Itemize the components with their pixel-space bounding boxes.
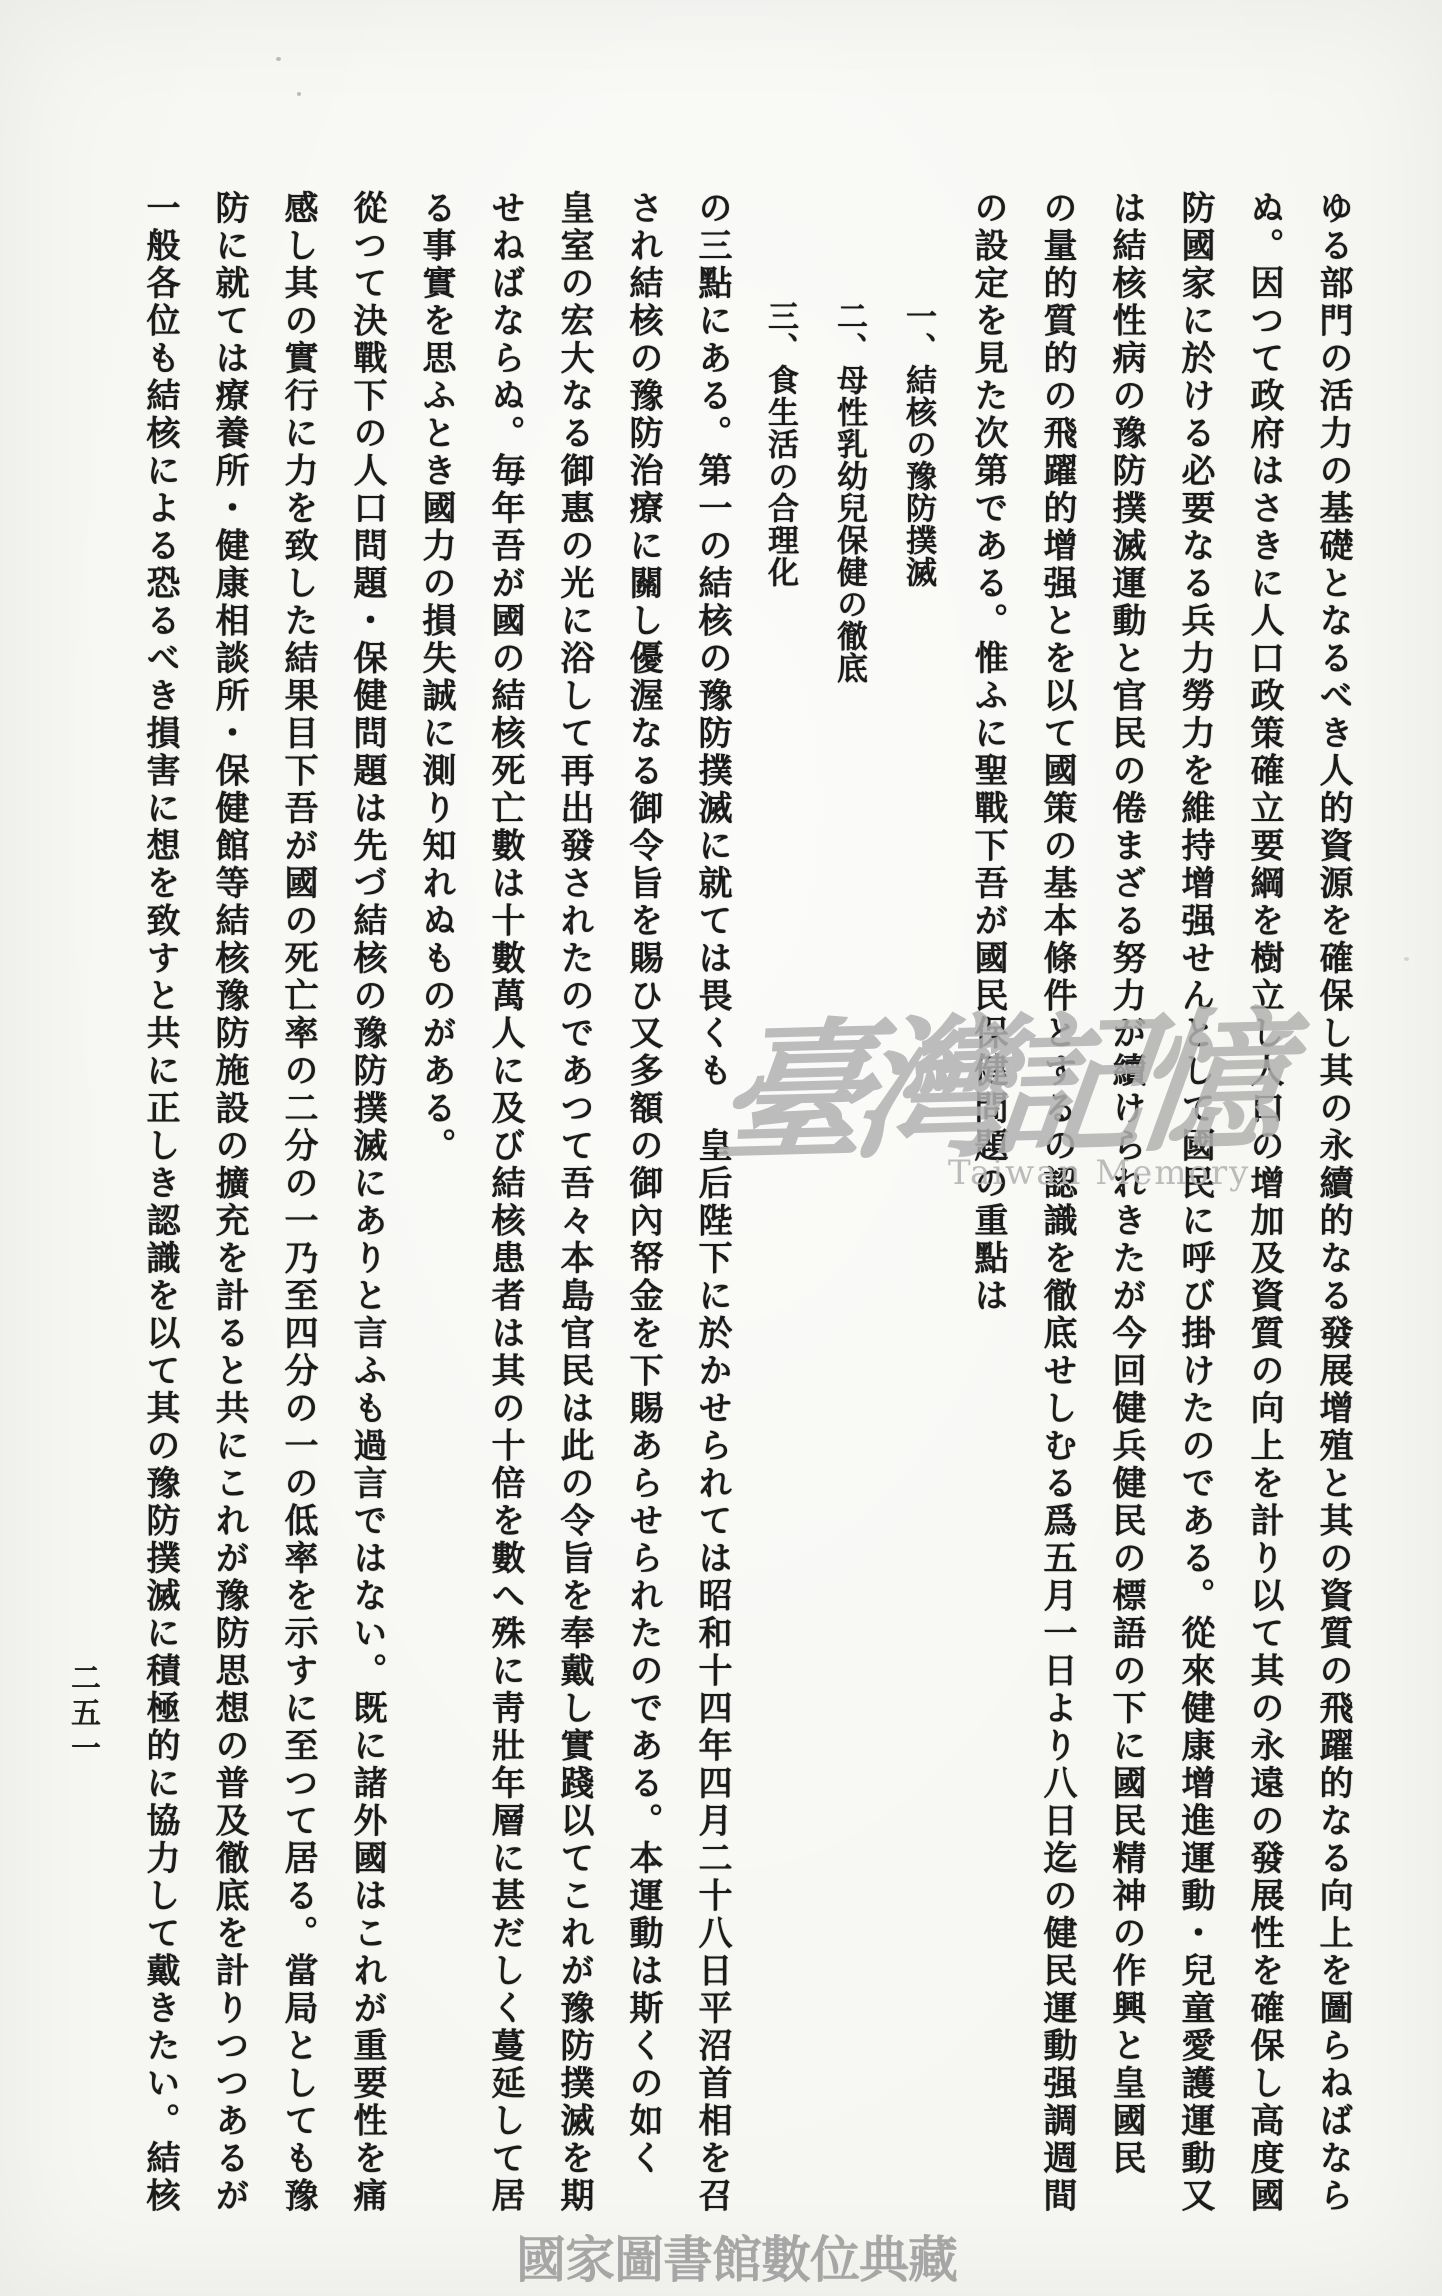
list-item-column: 一、結核の豫防撲滅 xyxy=(902,300,933,588)
list-item-column: 三、食生活の合理化 xyxy=(764,300,795,588)
scan-speck xyxy=(1404,957,1409,961)
page-number: 二五一 xyxy=(60,1662,104,1767)
text-column: の三點にある。第一の結核の豫防撲滅に就ては畏くも 皇后陛下に於かせられては昭和十… xyxy=(695,190,729,2215)
text-column: 感し其の實行に力を致した結果目下吾が國の死亡率の二分の一乃至四分の一の低率を示す… xyxy=(281,190,315,2215)
text-column: ゆる部門の活力の基礎となるべき人的資源を確保し其の永續的なる發展增殖と其の資質の… xyxy=(1316,190,1350,2215)
text-column: 從つて決戰下の人口問題・保健問題は先づ結核の豫防撲滅にありと言ふも過言ではない。… xyxy=(350,190,384,2215)
text-column: され結核の豫防治療に關し優渥なる御令旨を賜ひ又多額の御內帑金を下賜あらせられたの… xyxy=(626,190,660,2178)
text-column: は結核性病の豫防撲滅運動と官民の倦まざる努力が續けられきたが今回健兵健民の標語の… xyxy=(1109,190,1143,2178)
text-column: 皇室の宏大なる御惠の光に浴して再出發されたのであつて吾々本島官民は此の令旨を奉戴… xyxy=(557,190,591,2215)
text-column: せねばならぬ。毎年吾が國の結核死亡數は十數萬人に及び結核患者は其の十倍を數へ殊に… xyxy=(488,190,522,2215)
archive-stamp: 國家圖書館數位典藏 xyxy=(516,2220,957,2292)
text-column: ぬ。因つて政府はさきに人口政策確立要綱を樹立し人口の增加及資質の向上を計り以て其… xyxy=(1247,190,1281,2215)
scan-speck xyxy=(276,57,281,61)
scanned-page: ゆる部門の活力の基礎となるべき人的資源を確保し其の永續的なる發展增殖と其の資質の… xyxy=(0,0,1442,2296)
text-column: 一般各位も結核による恐るべき損害に想を致すと共に正しき認識を以て其の豫防撲滅に積… xyxy=(143,190,177,2215)
text-column: 防國家に於ける必要なる兵力勞力を維持增强せんとして國民に呼び掛けたのである。從來… xyxy=(1178,190,1212,2215)
text-column: の量的質的の飛躍的增强とを以て國策の基本條件とするの認識を徹底せしむる爲五月一日… xyxy=(1040,190,1074,2215)
text-column: 防に就ては療養所・健康相談所・保健館等結核豫防施設の擴充を計ると共にこれが豫防思… xyxy=(212,190,246,2215)
text-column: の設定を見た次第である。惟ふに聖戰下吾が國民保健問題の重點は xyxy=(971,190,1005,1315)
text-column: る事實を思ふとき國力の損失誠に測り知れぬものがある。 xyxy=(419,190,453,1165)
scan-speck xyxy=(297,92,301,96)
list-item-column: 二、母性乳幼兒保健の徹底 xyxy=(833,300,864,684)
